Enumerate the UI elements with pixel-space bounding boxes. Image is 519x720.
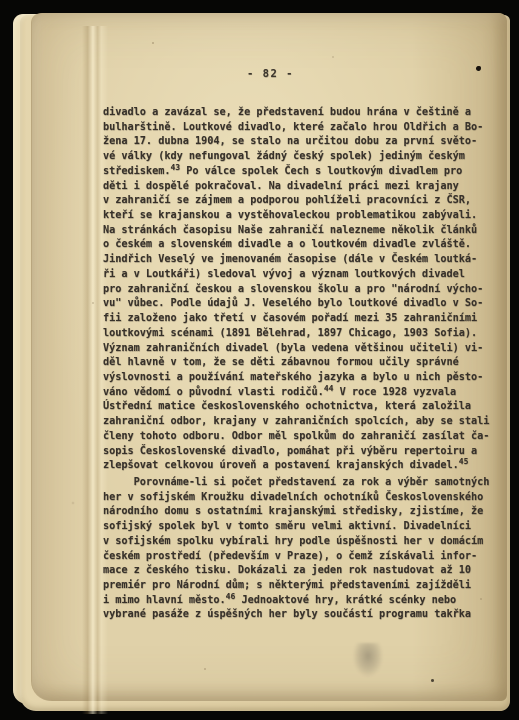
book-photo: - 82 - divadlo a zavázal se, že představ… — [0, 0, 519, 720]
body-text: divadlo a zavázal se, že představení bud… — [103, 106, 489, 623]
smudge-stain — [353, 643, 383, 677]
page-number: - 82 - — [247, 68, 294, 80]
small-dot-artifact — [431, 679, 434, 682]
paper-speck-texture — [0, 0, 2, 2]
